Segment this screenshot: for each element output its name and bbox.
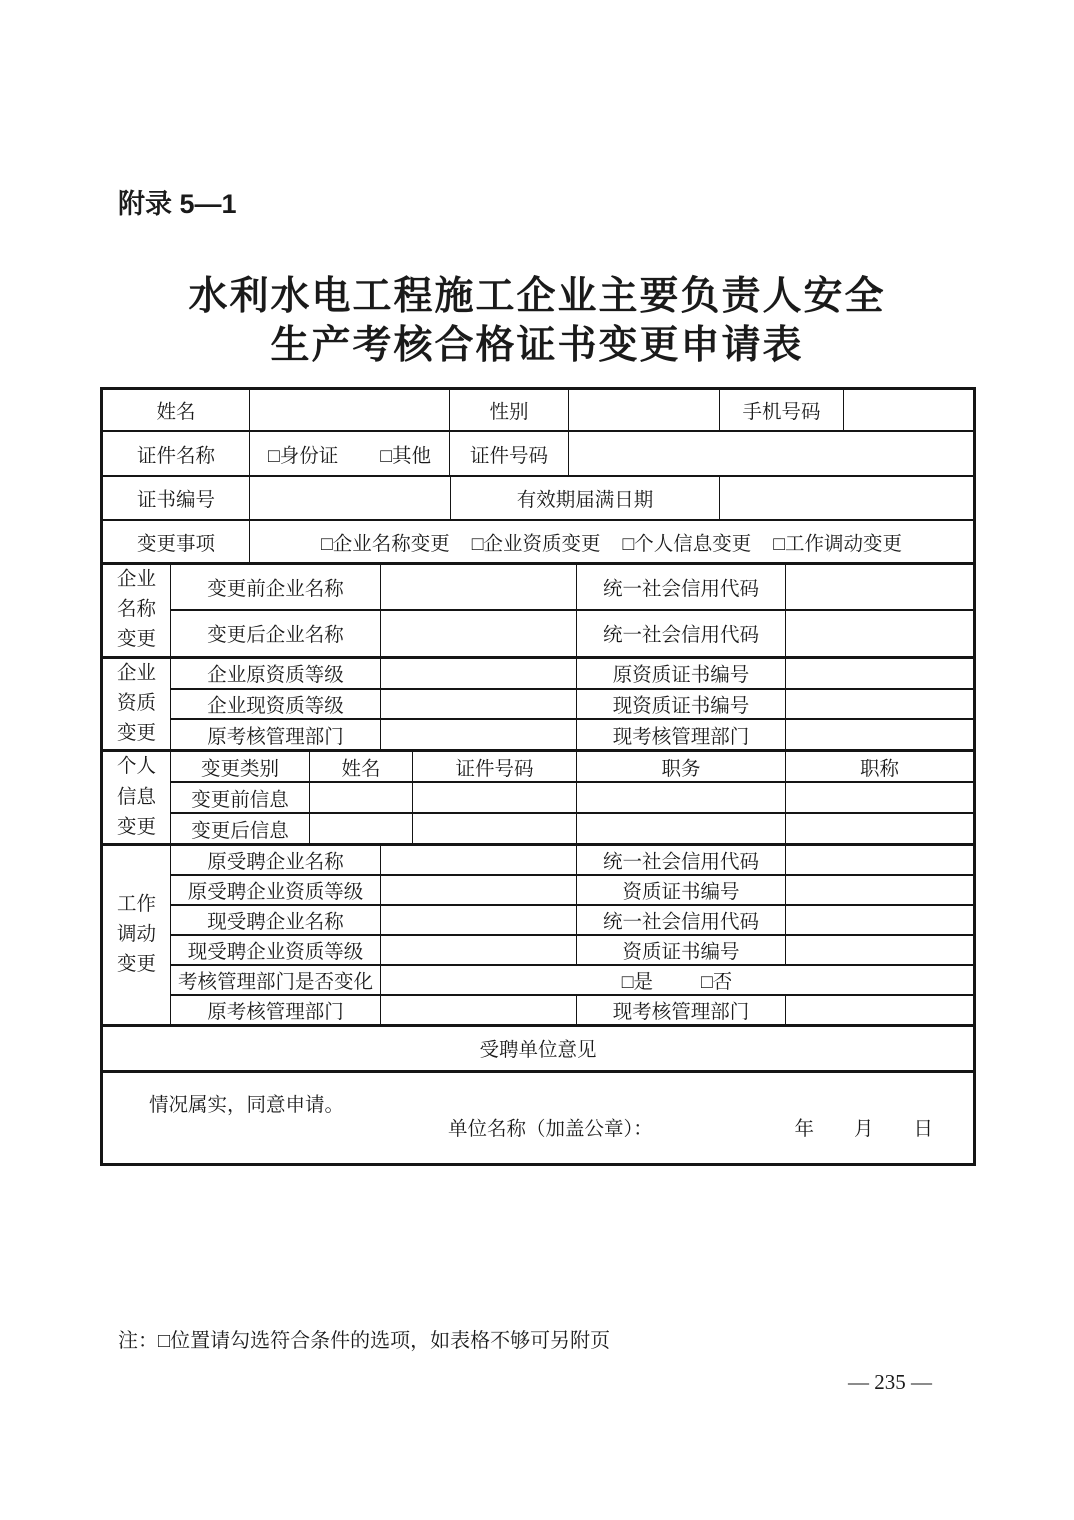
- section-company-name-change: 企业名称变更 变更前企业名称 统一社会信用代码 变更后企业名称 统一社会信用代码: [103, 565, 973, 659]
- pre-change-company-name-value: [381, 565, 577, 609]
- mobile-value-cell: [844, 390, 973, 430]
- personal-header-change-type: 变更类别: [171, 752, 310, 781]
- cert-number-value-cell: [250, 477, 451, 519]
- mobile-label: 手机号码: [720, 390, 844, 430]
- section-label-company-qual-change: 企业资质变更: [103, 659, 171, 750]
- form-title: 水利水电工程施工企业主要负责人安全 生产考核合格证书变更申请表: [0, 272, 1074, 370]
- application-form-table: 姓名 性别 手机号码 证件名称 □身份证 □其他 证件号码 证书编号 有效期届满…: [100, 387, 976, 1166]
- original-assess-dept-value: [381, 720, 577, 749]
- former-employer-qual-cert-label: 资质证书编号: [577, 876, 786, 904]
- post-change-company-name-value: [381, 611, 577, 655]
- section-body-company-qual-change: 企业原资质等级 原资质证书编号 企业现资质等级 现资质证书编号 原考核管理部门 …: [171, 659, 973, 750]
- id-type-options: □身份证 □其他: [250, 432, 450, 475]
- row-pre-change-company-name: 变更前企业名称 统一社会信用代码: [171, 565, 973, 611]
- transfer-new-dept-value: [786, 996, 973, 1024]
- personal-header-position: 职务: [577, 752, 786, 781]
- id-number-label: 证件号码: [450, 432, 569, 475]
- cert-number-label: 证书编号: [103, 477, 250, 519]
- transfer-new-dept-label: 现考核管理部门: [577, 996, 786, 1024]
- current-qual-cert-label: 现资质证书编号: [577, 690, 786, 719]
- row-id-document: 证件名称 □身份证 □其他 证件号码: [103, 432, 973, 477]
- row-personal-info-header: 变更类别 姓名 证件号码 职务 职称: [171, 752, 973, 783]
- pre-change-credit-code-label: 统一社会信用代码: [577, 565, 786, 609]
- former-employer-name-value: [381, 846, 577, 874]
- former-employer-qual-cert-value: [786, 876, 973, 904]
- former-employer-credit-code-label: 统一社会信用代码: [577, 846, 786, 874]
- current-employer-qual-cert-value: [786, 936, 973, 964]
- section-body-personal-info-change: 变更类别 姓名 证件号码 职务 职称 变更前信息 变更后信息: [171, 752, 973, 843]
- row-employer-opinion-title: 受聘单位意见: [103, 1027, 973, 1073]
- expiry-date-value-cell: [720, 477, 973, 519]
- appendix-label: 附录 5—1: [118, 182, 237, 221]
- dept-changed-options: □是 □否: [381, 966, 973, 994]
- footnote: 注：□位置请勾选符合条件的选项，如表格不够可另附页: [118, 1324, 610, 1353]
- original-qual-grade-value: [381, 659, 577, 688]
- current-employer-name-label: 现受聘企业名称: [171, 906, 381, 934]
- row-transfer-assessment-dept: 原考核管理部门 现考核管理部门: [171, 996, 973, 1024]
- row-current-employer-name: 现受聘企业名称 统一社会信用代码: [171, 906, 973, 936]
- row-personal-info-before: 变更前信息: [171, 783, 973, 814]
- before-position-value: [577, 783, 786, 812]
- date-fields: 年 月 日: [794, 1113, 933, 1141]
- personal-header-name: 姓名: [310, 752, 413, 781]
- former-employer-qual-label: 原受聘企业资质等级: [171, 876, 381, 904]
- before-title-value: [786, 783, 973, 812]
- row-employer-opinion-body: 情况属实，同意申请。 单位名称（加盖公章）： 年 月 日: [103, 1073, 973, 1163]
- row-former-employer-qual: 原受聘企业资质等级 资质证书编号: [171, 876, 973, 906]
- current-employer-qual-value: [381, 936, 577, 964]
- dept-changed-label: 考核管理部门是否变化: [171, 966, 381, 994]
- section-job-transfer-change: 工作调动变更 原受聘企业名称 统一社会信用代码 原受聘企业资质等级 资质证书编号…: [103, 846, 973, 1027]
- form-title-line2: 生产考核合格证书变更申请表: [0, 321, 1074, 370]
- after-name-value: [310, 814, 413, 843]
- section-label-text: 个人信息变更: [115, 752, 159, 843]
- name-value-cell: [250, 390, 450, 430]
- after-position-value: [577, 814, 786, 843]
- current-qual-cert-value: [786, 690, 973, 719]
- row-personal-info-after: 变更后信息: [171, 814, 973, 843]
- section-label-company-name-change: 企业名称变更: [103, 565, 171, 656]
- date-month-label: 月: [854, 1113, 874, 1141]
- pre-change-company-name-label: 变更前企业名称: [171, 565, 381, 609]
- checkbox-option-dept-changed-no: □否: [701, 966, 732, 994]
- row-former-employer-name: 原受聘企业名称 统一社会信用代码: [171, 846, 973, 876]
- section-label-text: 企业资质变更: [115, 659, 159, 750]
- personal-header-title: 职称: [786, 752, 973, 781]
- section-personal-info-change: 个人信息变更 变更类别 姓名 证件号码 职务 职称 变更前信息: [103, 752, 973, 846]
- opinion-statement: 情况属实，同意申请。: [149, 1089, 344, 1117]
- original-qual-grade-label: 企业原资质等级: [171, 659, 381, 688]
- id-type-label: 证件名称: [103, 432, 250, 475]
- current-employer-credit-code-label: 统一社会信用代码: [577, 906, 786, 934]
- after-id-value: [413, 814, 577, 843]
- form-title-line1: 水利水电工程施工企业主要负责人安全: [0, 272, 1074, 321]
- date-day-label: 日: [913, 1113, 933, 1141]
- original-qual-cert-label: 原资质证书编号: [577, 659, 786, 688]
- post-change-company-name-label: 变更后企业名称: [171, 611, 381, 655]
- name-label: 姓名: [103, 390, 250, 430]
- row-current-employer-qual: 现受聘企业资质等级 资质证书编号: [171, 936, 973, 966]
- former-employer-qual-value: [381, 876, 577, 904]
- transfer-old-dept-value: [381, 996, 577, 1024]
- section-label-job-transfer-change: 工作调动变更: [103, 846, 171, 1024]
- section-label-text: 工作调动变更: [115, 890, 159, 981]
- date-year-label: 年: [794, 1113, 814, 1141]
- id-number-value-cell: [569, 432, 973, 475]
- pre-change-credit-code-value: [786, 565, 973, 609]
- change-item-options: □企业名称变更 □企业资质变更 □个人信息变更 □工作调动变更: [250, 521, 973, 562]
- checkbox-option-other-id: □其他: [380, 440, 431, 468]
- checkbox-option-job-transfer-change: □工作调动变更: [773, 528, 902, 556]
- row-current-qual-grade: 企业现资质等级 现资质证书编号: [171, 690, 973, 721]
- row-assessment-dept: 原考核管理部门 现考核管理部门: [171, 720, 973, 749]
- gender-value-cell: [569, 390, 720, 430]
- section-body-job-transfer-change: 原受聘企业名称 统一社会信用代码 原受聘企业资质等级 资质证书编号 现受聘企业名…: [171, 846, 973, 1024]
- former-employer-name-label: 原受聘企业名称: [171, 846, 381, 874]
- before-name-value: [310, 783, 413, 812]
- original-qual-cert-value: [786, 659, 973, 688]
- row-change-items: 变更事项 □企业名称变更 □企业资质变更 □个人信息变更 □工作调动变更: [103, 521, 973, 565]
- employer-opinion-title: 受聘单位意见: [103, 1027, 973, 1070]
- row-original-qual-grade: 企业原资质等级 原资质证书编号: [171, 659, 973, 690]
- current-employer-credit-code-value: [786, 906, 973, 934]
- current-assess-dept-value: [786, 720, 973, 749]
- page-number: — 235 —: [820, 1370, 960, 1395]
- current-qual-grade-label: 企业现资质等级: [171, 690, 381, 719]
- current-assess-dept-label: 现考核管理部门: [577, 720, 786, 749]
- row-post-change-company-name: 变更后企业名称 统一社会信用代码: [171, 611, 973, 655]
- current-qual-grade-value: [381, 690, 577, 719]
- after-title-value: [786, 814, 973, 843]
- current-employer-qual-label: 现受聘企业资质等级: [171, 936, 381, 964]
- row-basic-identity: 姓名 性别 手机号码: [103, 390, 973, 432]
- personal-header-id-number: 证件号码: [413, 752, 577, 781]
- checkbox-option-personal-info-change: □个人信息变更: [623, 528, 752, 556]
- section-company-qual-change: 企业资质变更 企业原资质等级 原资质证书编号 企业现资质等级 现资质证书编号 原…: [103, 659, 973, 753]
- transfer-old-dept-label: 原考核管理部门: [171, 996, 381, 1024]
- section-label-personal-info-change: 个人信息变更: [103, 752, 171, 843]
- expiry-date-label: 有效期届满日期: [451, 477, 720, 519]
- document-page: 附录 5—1 水利水电工程施工企业主要负责人安全 生产考核合格证书变更申请表 姓…: [0, 0, 1074, 1520]
- unit-seal-label: 单位名称（加盖公章）：: [448, 1113, 653, 1141]
- checkbox-option-company-qual-change: □企业资质变更: [472, 528, 601, 556]
- checkbox-option-idcard: □身份证: [268, 440, 338, 468]
- checkbox-option-company-name-change: □企业名称变更: [321, 528, 450, 556]
- current-employer-qual-cert-label: 资质证书编号: [577, 936, 786, 964]
- original-assess-dept-label: 原考核管理部门: [171, 720, 381, 749]
- current-employer-name-value: [381, 906, 577, 934]
- row-dept-changed-question: 考核管理部门是否变化 □是 □否: [171, 966, 973, 996]
- employer-opinion-cell: 情况属实，同意申请。 单位名称（加盖公章）： 年 月 日: [103, 1073, 973, 1163]
- after-info-label: 变更后信息: [171, 814, 310, 843]
- change-item-label: 变更事项: [103, 521, 250, 562]
- section-body-company-name-change: 变更前企业名称 统一社会信用代码 变更后企业名称 统一社会信用代码: [171, 565, 973, 656]
- before-info-label: 变更前信息: [171, 783, 310, 812]
- row-certificate: 证书编号 有效期届满日期: [103, 477, 973, 521]
- post-change-credit-code-value: [786, 611, 973, 655]
- checkbox-option-dept-changed-yes: □是: [622, 966, 653, 994]
- post-change-credit-code-label: 统一社会信用代码: [577, 611, 786, 655]
- before-id-value: [413, 783, 577, 812]
- former-employer-credit-code-value: [786, 846, 973, 874]
- gender-label: 性别: [450, 390, 569, 430]
- section-label-text: 企业名称变更: [115, 565, 159, 656]
